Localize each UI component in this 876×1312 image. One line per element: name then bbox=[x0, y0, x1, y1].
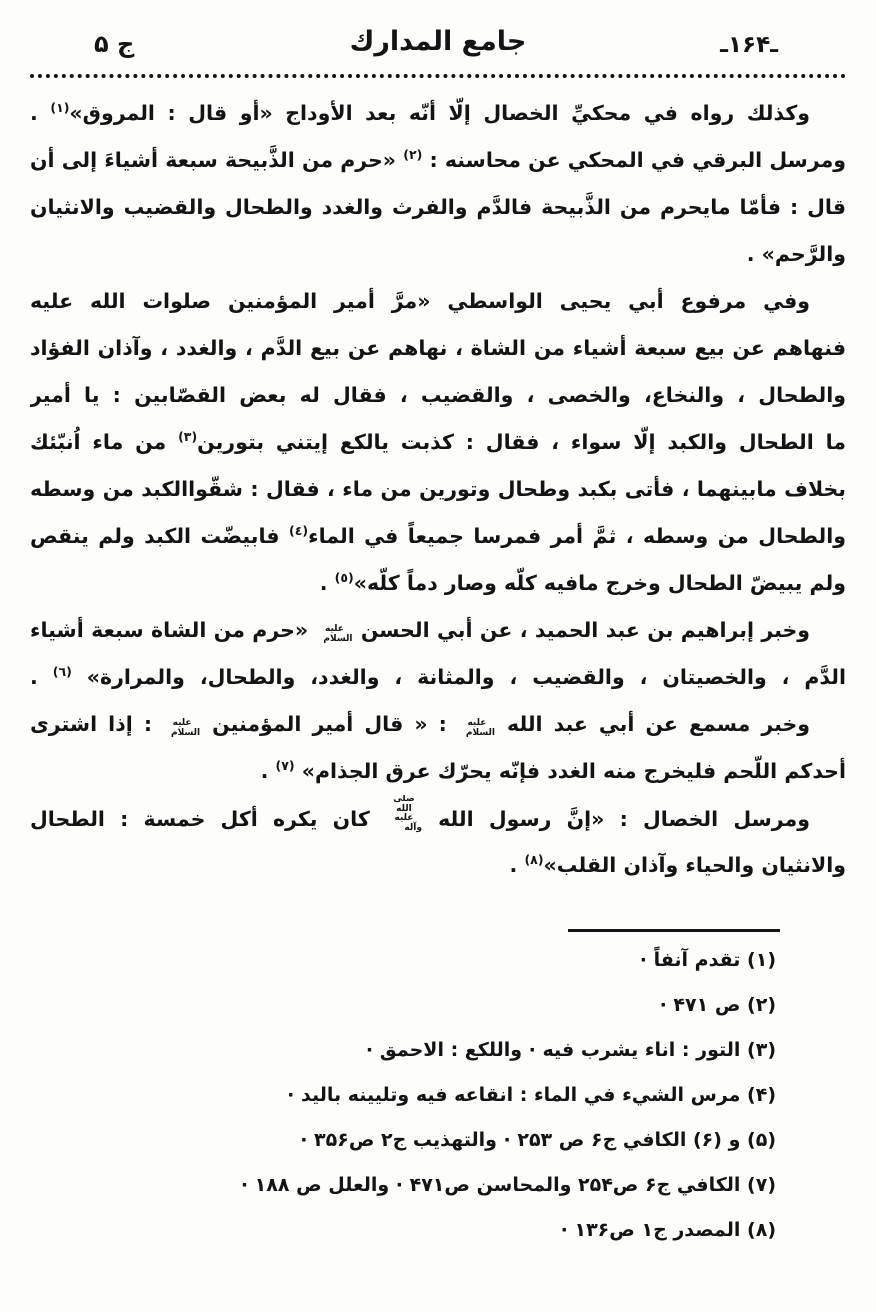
honorific-symbol: عليه السلام bbox=[459, 719, 495, 738]
volume-number: ج ۵ bbox=[94, 30, 134, 58]
text-run: وفي مرفوع أبي يحيى الواسطي «مرَّ أمير ال… bbox=[30, 289, 810, 325]
book-title: جامع المدارك bbox=[30, 26, 846, 57]
footnote-marker: (٢) bbox=[403, 147, 422, 162]
text-run: . bbox=[30, 101, 50, 125]
footnote-item: (۴) مرس الشيء في الماء : انقاعه فيه وتلي… bbox=[30, 1073, 776, 1118]
text-run: ولم يبيضّ الطحال وخرج مافيه كلّه وصار دم… bbox=[354, 571, 846, 595]
text-line: قال : فأمّا مايحرم من الذَّبيحة فالدَّم … bbox=[30, 184, 846, 231]
text-run: ما الطحال والكبد إلّا سواء ، فقال : كذبت… bbox=[197, 430, 846, 454]
text-line: والرَّحم» . bbox=[30, 231, 846, 278]
footnote-marker: (٣) bbox=[178, 429, 197, 444]
text-line: الدَّم ، والخصيتان ، والقضيب ، والمثانة … bbox=[30, 654, 846, 701]
footnote-marker: (٦) bbox=[53, 664, 72, 679]
text-line: وكذلك رواه في محكيِّ الخصال إلّا أنّه بع… bbox=[30, 90, 846, 137]
text-run: . bbox=[261, 759, 276, 783]
text-line: وخبر إبراهيم بن عبد الحميد ، عن أبي الحس… bbox=[30, 607, 846, 654]
footnote-marker: (٥) bbox=[335, 570, 354, 585]
text-line: والانثيان والحياء وآذان القلب»(٨) . bbox=[30, 842, 846, 889]
text-line: ولم يبيضّ الطحال وخرج مافيه كلّه وصار دم… bbox=[30, 560, 846, 607]
text-run: . bbox=[510, 853, 525, 877]
text-line: ومرسل الخصال : «إنَّ رسول الله صلى الله … bbox=[30, 795, 846, 842]
footnote-item: (۷) الكافي ج۶ ص۲۵۴ والمحاسن ص۴۷۱ · والعل… bbox=[30, 1163, 776, 1208]
footnote-item: (۵) و (۶) الكافي ج۶ ص ۲۵۳ · والتهذيب ج۲ … bbox=[30, 1118, 776, 1163]
text-run: «حرم من الشاة سبعة أشياء bbox=[30, 618, 315, 642]
text-line: وفي مرفوع أبي يحيى الواسطي «مرَّ أمير ال… bbox=[30, 278, 846, 325]
honorific-symbol: عليه السلام bbox=[316, 625, 352, 644]
text-run: من ماء اُنبّئك bbox=[30, 430, 178, 454]
text-line: فنهاهم عن بيع سبعة أشياء من الشاة ، نهاه… bbox=[30, 325, 846, 372]
text-line: ما الطحال والكبد إلّا سواء ، فقال : كذبت… bbox=[30, 419, 846, 466]
page-header: ـ۱۶۴ـ جامع المدارك ج ۵ bbox=[30, 26, 846, 68]
text-line: أحدكم اللّحم فليخرج منه الغدد فإنّه يحرّ… bbox=[30, 748, 846, 795]
text-run: والانثيان والحياء وآذان القلب» bbox=[544, 853, 846, 877]
text-line: وخبر مسمع عن أبي عبد الله عليه السلام : … bbox=[30, 701, 846, 748]
footnote-marker: (٤) bbox=[289, 523, 308, 538]
text-run: «حرم من الذَّبيحة سبعة أشياءَ إلى أن bbox=[30, 148, 403, 172]
footnote-item: (٣) التور : اناء يشرب فيه · واللكع : الا… bbox=[30, 1028, 776, 1073]
text-line: والطحال ، والنخاع، والخصى ، والقضيب ، فق… bbox=[30, 372, 846, 419]
text-run: وخبر إبراهيم بن عبد الحميد ، عن أبي الحس… bbox=[353, 618, 810, 642]
text-run: : إذا اشترى bbox=[30, 712, 163, 736]
text-run: والطحال ، والنخاع، والخصى ، والقضيب ، فق… bbox=[30, 383, 846, 419]
footnote-item: (٨) المصدر ج۱ ص۱۳۶ · bbox=[30, 1208, 776, 1253]
text-run: . bbox=[320, 571, 335, 595]
text-line: والطحال من وسطه ، ثمَّ أمر فمرسا جميعاً … bbox=[30, 513, 846, 560]
honorific-symbol: صلى الله عليه وآله bbox=[386, 795, 422, 834]
text-run: الدَّم ، والخصيتان ، والقضيب ، والمثانة … bbox=[72, 665, 846, 689]
footnote-item: (٢) ص ۴۷۱ · bbox=[30, 983, 776, 1028]
book-page: ـ۱۶۴ـ جامع المدارك ج ۵ وكذلك رواه في محك… bbox=[0, 0, 876, 1312]
text-line: بخلاف مابينهما ، فأتى بكبد وطحال وتورين … bbox=[30, 466, 846, 513]
text-run: أحدكم اللّحم فليخرج منه الغدد فإنّه يحرّ… bbox=[295, 759, 846, 783]
text-run: . bbox=[30, 665, 53, 689]
text-run: فنهاهم عن بيع سبعة أشياء من الشاة ، نهاه… bbox=[30, 336, 846, 360]
text-run: والطحال من وسطه ، ثمَّ أمر فمرسا جميعاً … bbox=[308, 524, 846, 548]
main-text: وكذلك رواه في محكيِّ الخصال إلّا أنّه بع… bbox=[30, 90, 846, 889]
footnotes-list: (١) تقدم آنفاً ·(٢) ص ۴۷۱ ·(٣) التور : ا… bbox=[30, 938, 846, 1253]
text-run: بخلاف مابينهما ، فأتى بكبد وطحال وتورين … bbox=[30, 477, 846, 501]
footnote-marker: (٨) bbox=[524, 852, 543, 867]
footnote-separator bbox=[568, 929, 780, 932]
text-run: قال : فأمّا مايحرم من الذَّبيحة فالدَّم … bbox=[30, 195, 846, 219]
footnote-item: (١) تقدم آنفاً · bbox=[30, 938, 776, 983]
text-run: : « قال أمير المؤمنين bbox=[201, 712, 458, 736]
honorific-symbol: عليه السلام bbox=[164, 719, 200, 738]
text-run: ومرسل الخصال : «إنَّ رسول الله bbox=[423, 807, 810, 831]
text-run: ومرسل البرقي في المحكي عن محاسنه : bbox=[422, 148, 846, 172]
text-line: ومرسل البرقي في المحكي عن محاسنه : (٢) «… bbox=[30, 137, 846, 184]
footnote-marker: (٧) bbox=[276, 758, 295, 773]
header-dotted-rule bbox=[30, 74, 846, 78]
text-run: وخبر مسمع عن أبي عبد الله bbox=[496, 712, 810, 736]
footnote-marker: (١) bbox=[50, 100, 69, 115]
text-run: والرَّحم» . bbox=[747, 242, 846, 266]
text-run: وكذلك رواه في محكيِّ الخصال إلّا أنّه بع… bbox=[69, 101, 810, 125]
